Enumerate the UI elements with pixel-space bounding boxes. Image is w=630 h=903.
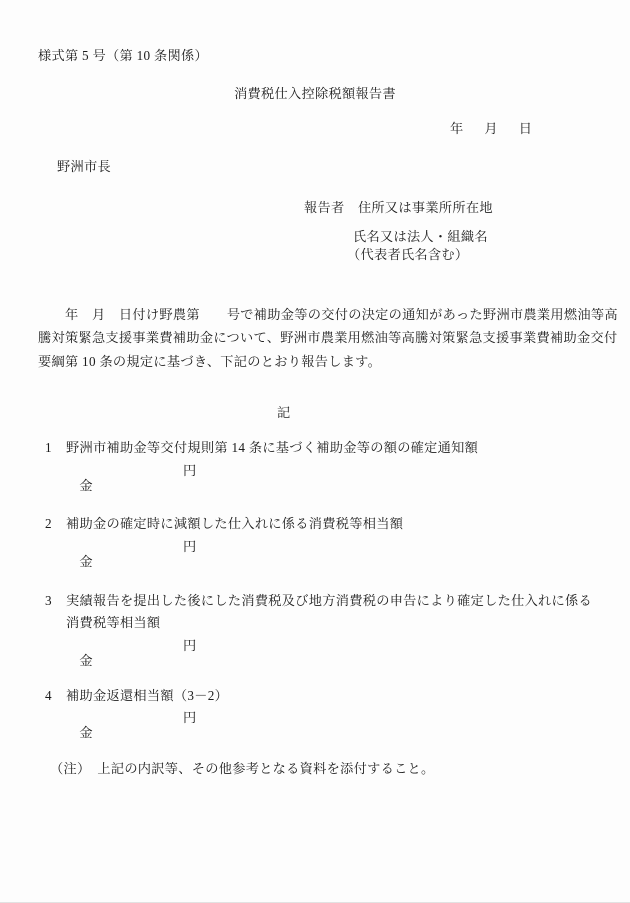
item-3-amount-suffix: 円 (183, 638, 197, 653)
item-4-number: 4 (45, 688, 52, 703)
form-number: 様式第 5 号（第 10 条関係） (38, 48, 208, 63)
item-1-number: 1 (45, 440, 52, 455)
item-3-text-1: 実績報告を提出した後にした消費税及び地方消費税の申告により確定した仕入れに係る (66, 593, 592, 608)
date-line: 年 月 日 (450, 121, 536, 136)
item-1-amount: 金 円 (65, 463, 265, 524)
item-3-text-2: 消費税等相当額 (66, 615, 160, 630)
item-3-number: 3 (45, 593, 52, 608)
item-1-text: 野洲市補助金等交付規則第 14 条に基づく補助金等の額の確定通知額 (66, 440, 478, 455)
item-2-number: 2 (45, 516, 52, 531)
paragraph-line-3: 要綱第 10 条の規定に基づき、下記のとおり報告します。 (38, 354, 381, 369)
item-2-amount: 金 円 (65, 539, 265, 600)
footnote: （注） 上記の内訳等、その他参考となる資料を添付すること。 (50, 761, 435, 776)
representative-note: （代表者氏名含む） (347, 247, 468, 262)
reporter-name-line: 氏名又は法人・組織名 (353, 229, 488, 244)
item-1-amount-suffix: 円 (183, 463, 197, 478)
item-1-amount-prefix: 金 (79, 478, 93, 493)
reporter-line: 報告者 住所又は事業所所在地 (304, 200, 493, 215)
addressee: 野洲市長 (57, 159, 111, 174)
item-2-amount-prefix: 金 (79, 554, 93, 569)
item-2-amount-suffix: 円 (183, 539, 197, 554)
item-4-text: 補助金返還相当額（3－2） (66, 688, 228, 703)
paragraph-line-2: 騰対策緊急支援事業費補助金について、野洲市農業用燃油等高騰対策緊急支援事業費補助… (38, 330, 617, 345)
ki-heading: 記 (277, 405, 291, 420)
document-page: 様式第 5 号（第 10 条関係） 消費税仕入控除税額報告書 年 月 日 野洲市… (0, 0, 630, 903)
item-4-amount-suffix: 円 (183, 710, 197, 725)
doc-title: 消費税仕入控除税額報告書 (0, 86, 630, 101)
item-3-amount-prefix: 金 (79, 653, 93, 668)
item-4-amount-prefix: 金 (79, 725, 93, 740)
paragraph-line-1: 年 月 日付け野農第 号で補助金等の交付の決定の通知があった野洲市農業用燃油等高 (38, 307, 618, 322)
item-2-text: 補助金の確定時に減額した仕入れに係る消費税等相当額 (66, 516, 403, 531)
